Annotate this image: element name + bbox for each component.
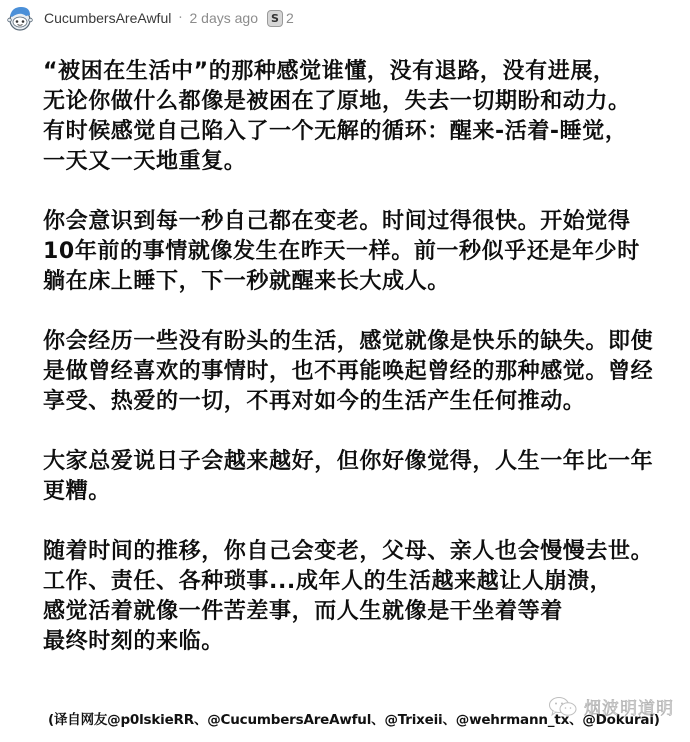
award-badge[interactable]: S 2 [267,10,294,27]
paragraph-2: 你会意识到每一秒自己都在变老。时间过得很快。开始觉得 10年前的事情就像发生在昨… [43,207,683,297]
text-line: 最终时刻的来临。 [43,627,683,657]
paragraph-3: 你会经历一些没有盼头的生活，感觉就像是快乐的缺失。即使 是做曾经喜欢的事情时，也… [43,327,683,417]
text-line: 有时候感觉自己陷入了一个无解的循环：醒来-活着-睡觉， [43,117,683,147]
snoo-avatar-icon[interactable] [6,4,34,32]
text-line: 享受、热爱的一切，不再对如今的生活产生任何推动。 [43,387,683,417]
paragraph-4: 大家总爱说日子会越来越好，但你好像觉得，人生一年比一年 更糟。 [43,447,683,507]
silver-award-icon: S [267,10,283,27]
text-line: 更糟。 [43,477,683,507]
text-line: 躺在床上睡下，下一秒就醒来长大成人。 [43,267,683,297]
comment-author-link[interactable]: CucumbersAreAwful [44,10,171,26]
text-line: 一天又一天地重复。 [43,147,683,177]
meta-separator: · [178,11,182,26]
comment-body: “被困在生活中”的那种感觉谁懂，没有退路，没有进展， 无论你做什么都像是被困在了… [43,57,683,687]
translation-credit: (译自网友@p0lskieRR、@CucumbersAreAwful、@Trix… [48,708,660,728]
comment-header: CucumbersAreAwful · 2 days ago S 2 [6,4,294,32]
text-line: 感觉活着就像一件苦差事，而人生就像是干坐着等着 [43,597,683,627]
text-line: 是做曾经喜欢的事情时，也不再能唤起曾经的那种感觉。曾经 [43,357,683,387]
text-line: 10年前的事情就像发生在昨天一样。前一秒似乎还是年少时 [43,237,683,267]
paragraph-1: “被困在生活中”的那种感觉谁懂，没有退路，没有进展， 无论你做什么都像是被困在了… [43,57,683,177]
award-count: 2 [286,10,294,26]
text-line: 大家总爱说日子会越来越好，但你好像觉得，人生一年比一年 [43,447,683,477]
text-line: “被困在生活中”的那种感觉谁懂，没有退路，没有进展， [43,57,683,87]
text-line: 你会意识到每一秒自己都在变老。时间过得很快。开始觉得 [43,207,683,237]
paragraph-5: 随着时间的推移，你自己会变老，父母、亲人也会慢慢去世。 工作、责任、各种琐事..… [43,537,683,657]
comment-timestamp[interactable]: 2 days ago [190,10,259,26]
text-line: 随着时间的推移，你自己会变老，父母、亲人也会慢慢去世。 [43,537,683,567]
text-line: 你会经历一些没有盼头的生活，感觉就像是快乐的缺失。即使 [43,327,683,357]
text-line: 工作、责任、各种琐事...成年人的生活越来越让人崩溃， [43,567,683,597]
text-line: 无论你做什么都像是被困在了原地，失去一切期盼和动力。 [43,87,683,117]
